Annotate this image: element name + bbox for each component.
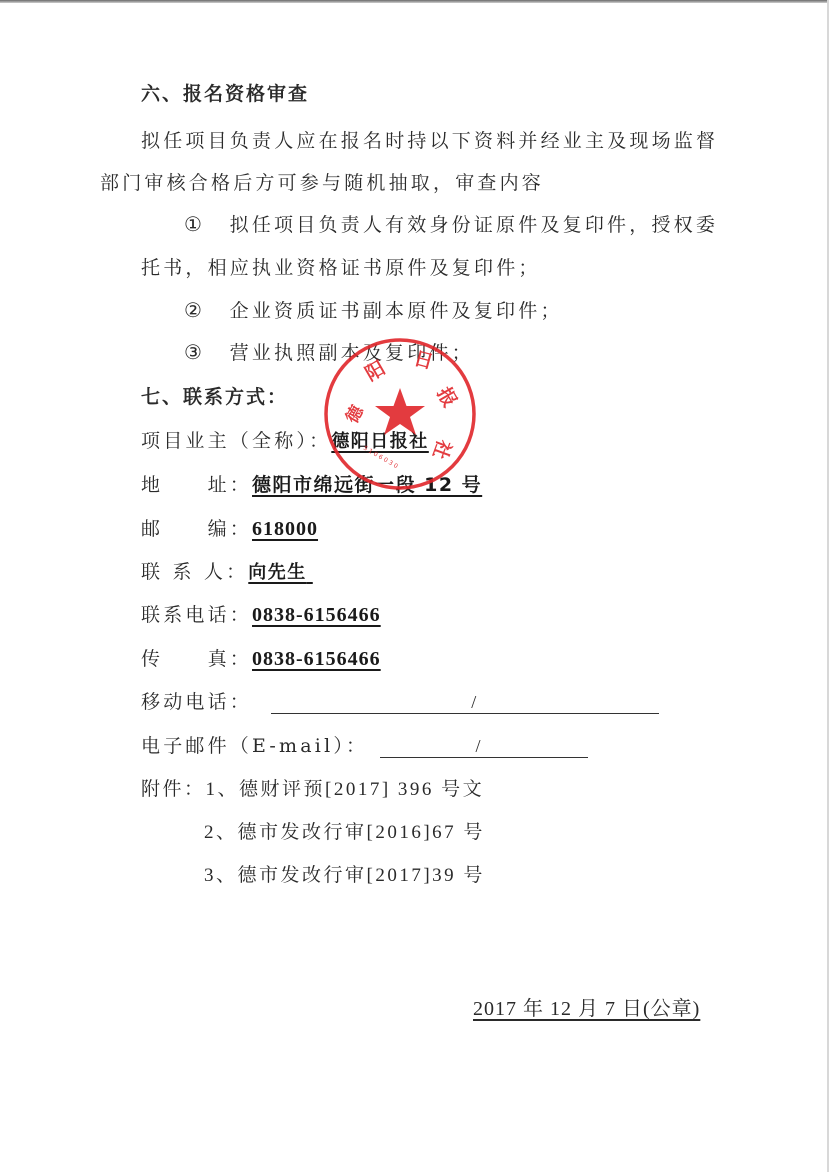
item-text: 营业执照副本及复印件；: [230, 342, 474, 364]
section-6-intro-line2: 部门审核合格后方可参与随机抽取，审查内容: [100, 168, 544, 195]
field-postcode: 邮 编：618000: [141, 514, 318, 541]
field-value: 向先生: [248, 562, 307, 583]
attachment-item: 3、德市发改行审[2017]39 号: [204, 860, 485, 887]
item-marker: ②: [184, 298, 202, 322]
requirement-item-1: ① 拟任项目负责人有效身份证原件及复印件，授权委: [184, 210, 718, 237]
scan-top-edge: [0, 0, 829, 3]
attachment-item: 1、德财评预[2017] 396 号文: [206, 779, 485, 800]
field-value: 0838-6156466: [252, 648, 381, 670]
section-6-intro-line1: 拟任项目负责人应在报名时持以下资料并经业主及现场监督: [141, 126, 718, 153]
seal-char: 社: [428, 436, 456, 463]
field-label: 移动电话：: [141, 691, 252, 713]
field-value: /: [471, 692, 479, 713]
field-address: 地 址：德阳市绵远街一段 12 号: [141, 470, 482, 497]
field-value: 0838-6156466: [252, 604, 381, 626]
field-mobile: 移动电话： /: [141, 687, 659, 714]
signature-date: 2017 年 12 月 7 日(公章): [473, 992, 700, 1021]
field-value: 德阳市绵远街一段 12 号: [252, 474, 482, 496]
item-marker: ①: [184, 212, 202, 236]
attachment-item: 2、德市发改行审[2016]67 号: [204, 817, 485, 844]
field-label: 传 真：: [141, 648, 252, 670]
seal-char: 德: [341, 401, 368, 427]
seal-char: 报: [432, 383, 461, 411]
field-label: 联 系 人：: [141, 561, 248, 583]
item-text: 企业资质证书副本原件及复印件；: [230, 300, 563, 322]
attachments-label: 附件：: [141, 779, 206, 800]
field-owner: 项目业主（全称）：德阳日报社: [141, 426, 429, 453]
section-6-heading: 六、报名资格审查: [141, 79, 309, 106]
field-value: 618000: [252, 518, 318, 540]
email-blank-line: /: [380, 737, 588, 758]
item-text: 拟任项目负责人有效身份证原件及复印件，授权委: [230, 214, 718, 236]
field-label: 地 址：: [141, 474, 252, 496]
attachments-row-1: 附件：1、德财评预[2017] 396 号文: [141, 774, 484, 801]
field-value: /: [476, 736, 484, 757]
field-label: 邮 编：: [141, 518, 252, 540]
field-phone: 联系电话：0838-6156466: [141, 600, 381, 627]
mobile-blank-line: /: [271, 693, 659, 714]
field-label: 电子邮件（E-mail）：: [141, 735, 368, 757]
field-email: 电子邮件（E-mail）： /: [141, 731, 588, 758]
field-fax: 传 真：0838-6156466: [141, 644, 381, 671]
requirement-item-3: ③ 营业执照副本及复印件；: [184, 338, 474, 365]
field-value: 德阳日报社: [331, 431, 429, 452]
field-label: 项目业主（全称）：: [141, 430, 331, 452]
section-7-heading: 七、联系方式：: [141, 382, 288, 409]
field-contact: 联 系 人：向先生: [141, 557, 313, 584]
field-label: 联系电话：: [141, 604, 252, 626]
requirement-item-2: ② 企业资质证书副本原件及复印件；: [184, 296, 563, 323]
item-marker: ③: [184, 340, 202, 364]
requirement-item-1-cont: 托书，相应执业资格证书原件及复印件；: [141, 253, 541, 280]
